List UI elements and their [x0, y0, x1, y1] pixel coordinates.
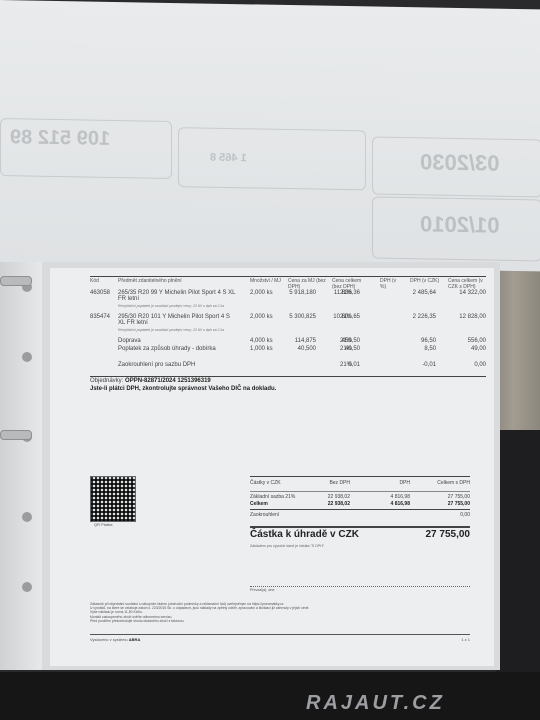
item-qty: 1,000 ks	[250, 346, 273, 352]
punch-hole	[22, 512, 32, 522]
invoice-page: Kód Předmět zdanitelného plnění Množství…	[50, 268, 494, 666]
header-vat: DPH (v CZK)	[410, 278, 444, 284]
binder-strip	[0, 262, 42, 670]
summary-header-total: Celkem s DPH	[437, 480, 470, 486]
mirrored-back-page: 109 512 89 03/2030 01/2010 1 465 8	[0, 0, 540, 271]
ghost-text: 01/2010	[420, 211, 500, 238]
item-name: Zaokrouhlení pro sazbu DPH	[118, 362, 238, 368]
binder-ring	[0, 430, 32, 440]
watermark-logo: RAJAUT.CZ	[306, 692, 445, 715]
summary-row-net: 22 938,02	[328, 494, 350, 500]
summary-total-net: 22 938,02	[328, 501, 350, 507]
item-vat-rate: 21%	[340, 314, 352, 320]
invoice-footer: Vystaveno v systému ABRA 1 z 1	[90, 634, 470, 642]
item-qty: 4,000 ks	[250, 338, 273, 344]
item-vat: 8,50	[424, 346, 436, 352]
ghost-box	[178, 127, 366, 190]
header-unit-price: Cena za MJ (bez DPH)	[288, 278, 328, 290]
ghost-text: 03/2030	[420, 149, 500, 176]
summary-table: Částky v CZK Bez DPH DPH Celkem s DPH Zá…	[250, 476, 470, 518]
summary-header: Částky v CZK Bez DPH DPH Celkem s DPH	[250, 476, 470, 487]
item-total: 0,00	[474, 362, 486, 368]
item-code: 463058	[90, 290, 110, 296]
footer-issued-in: Vystaveno v systému	[90, 637, 128, 642]
header-code: Kód	[90, 278, 99, 284]
header-vat-rate: DPH (v %)	[380, 278, 400, 290]
ghost-text: 1 465 8	[210, 152, 247, 165]
summary-total-label: Celkem	[250, 501, 268, 507]
received-by-signature: Převzal(a), dne:	[250, 586, 470, 592]
item-qty: 2,000 ks	[250, 290, 273, 296]
summary-total-vat: 4 816,98	[391, 501, 410, 507]
item-unit-price: 5 918,180	[289, 290, 316, 296]
item-name: 265/35 R20 99 Y Michelin Pilot Sport 4 S…	[118, 290, 238, 302]
item-total: 556,00	[468, 338, 486, 344]
punch-hole	[22, 352, 32, 362]
item-unit-price: 114,875	[295, 338, 316, 344]
item-vat-rate: 21%	[340, 290, 352, 296]
header-net: Cena celkem (bez DPH)	[332, 278, 372, 290]
summary-row: Základní sazba 21% 22 938,02 4 816,98 27…	[250, 491, 470, 501]
tax-base-note: Základem pro výpočet daně je částka "S D…	[250, 544, 325, 548]
item-vat-rate: 21%	[340, 346, 352, 352]
item-vat-rate: 21%	[340, 362, 352, 368]
header-total: Cena celkem (v CZK s DPH)	[448, 278, 494, 290]
item-name: Poplatek za způsob úhrady - dobírka	[118, 346, 238, 352]
header-item: Předmět zdanitelného plnění	[118, 278, 182, 284]
qr-label: QR Platba	[94, 522, 112, 527]
item-total: 12 828,00	[459, 314, 486, 320]
item-qty: 2,000 ks	[250, 314, 273, 320]
footer-brand: ABRA	[129, 637, 141, 642]
summary-header-label: Částky v CZK	[250, 480, 281, 486]
punch-hole	[22, 582, 32, 592]
item-vat: 2 226,35	[413, 314, 436, 320]
item-name: Doprava	[118, 338, 238, 344]
binder-ring	[0, 276, 32, 286]
summary-row-total: 27 755,00	[448, 494, 470, 500]
item-vat: -0,01	[422, 362, 436, 368]
pay-rule	[250, 526, 470, 528]
item-vat: 96,50	[421, 338, 436, 344]
rounding-label: Zaokrouhlení	[250, 512, 279, 518]
summary-row-vat: 4 816,98	[391, 494, 410, 500]
table-row: 463058265/35 R20 99 Y Michelin Pilot Spo…	[90, 290, 486, 310]
amount-due-title: Částka k úhradě v CZK	[250, 529, 359, 540]
dic-notice: Jste-li plátci DPH, zkontrolujte správno…	[90, 386, 276, 392]
ghost-text: 109 512 89	[10, 126, 110, 151]
item-total: 14 322,00	[459, 290, 486, 296]
recycling-note: Recyklační poplatek je součástí prodejní…	[118, 328, 224, 332]
summary-total-row: Celkem 22 938,02 4 816,98 27 755,00	[250, 501, 470, 509]
legal-line: Před použitím překontrolujte shodu dodan…	[90, 619, 470, 623]
header-qty: Množství / MJ	[250, 278, 281, 284]
item-unit-price: 40,500	[298, 346, 316, 352]
item-unit-price: 5 300,825	[289, 314, 316, 320]
wooden-desk	[496, 270, 540, 430]
recycling-note: Recyklační poplatek je součástí prodejní…	[118, 304, 224, 308]
summary-header-vat: DPH	[399, 480, 410, 486]
rounding-row: Zaokrouhlení 0,00	[250, 509, 470, 518]
item-name: 295/30 R20 101 Y Michelin Pilot Sport 4 …	[118, 314, 238, 326]
rounding-value: 0,00	[460, 512, 470, 518]
summary-row-label: Základní sazba 21%	[250, 494, 295, 500]
item-code: 835474	[90, 314, 110, 320]
table-row: Zaokrouhlení pro sazbu DPH0,0121%-0,010,…	[90, 362, 486, 382]
page-number: 1 z 1	[461, 637, 470, 642]
item-total: 49,00	[471, 346, 486, 352]
bottom-dark-strip	[0, 672, 540, 720]
qr-code	[90, 476, 136, 522]
summary-header-net: Bez DPH	[329, 480, 350, 486]
amount-due-value: 27 755,00	[370, 529, 470, 540]
table-row: 835474295/30 R20 101 Y Michelin Pilot Sp…	[90, 314, 486, 334]
item-vat-rate: 21%	[340, 338, 352, 344]
summary-total-total: 27 755,00	[448, 501, 470, 507]
item-vat: 2 485,64	[413, 290, 436, 296]
table-top-rule	[90, 276, 486, 277]
legal-notes: Zákazník při objednání souhlasí s nákupn…	[90, 602, 470, 623]
